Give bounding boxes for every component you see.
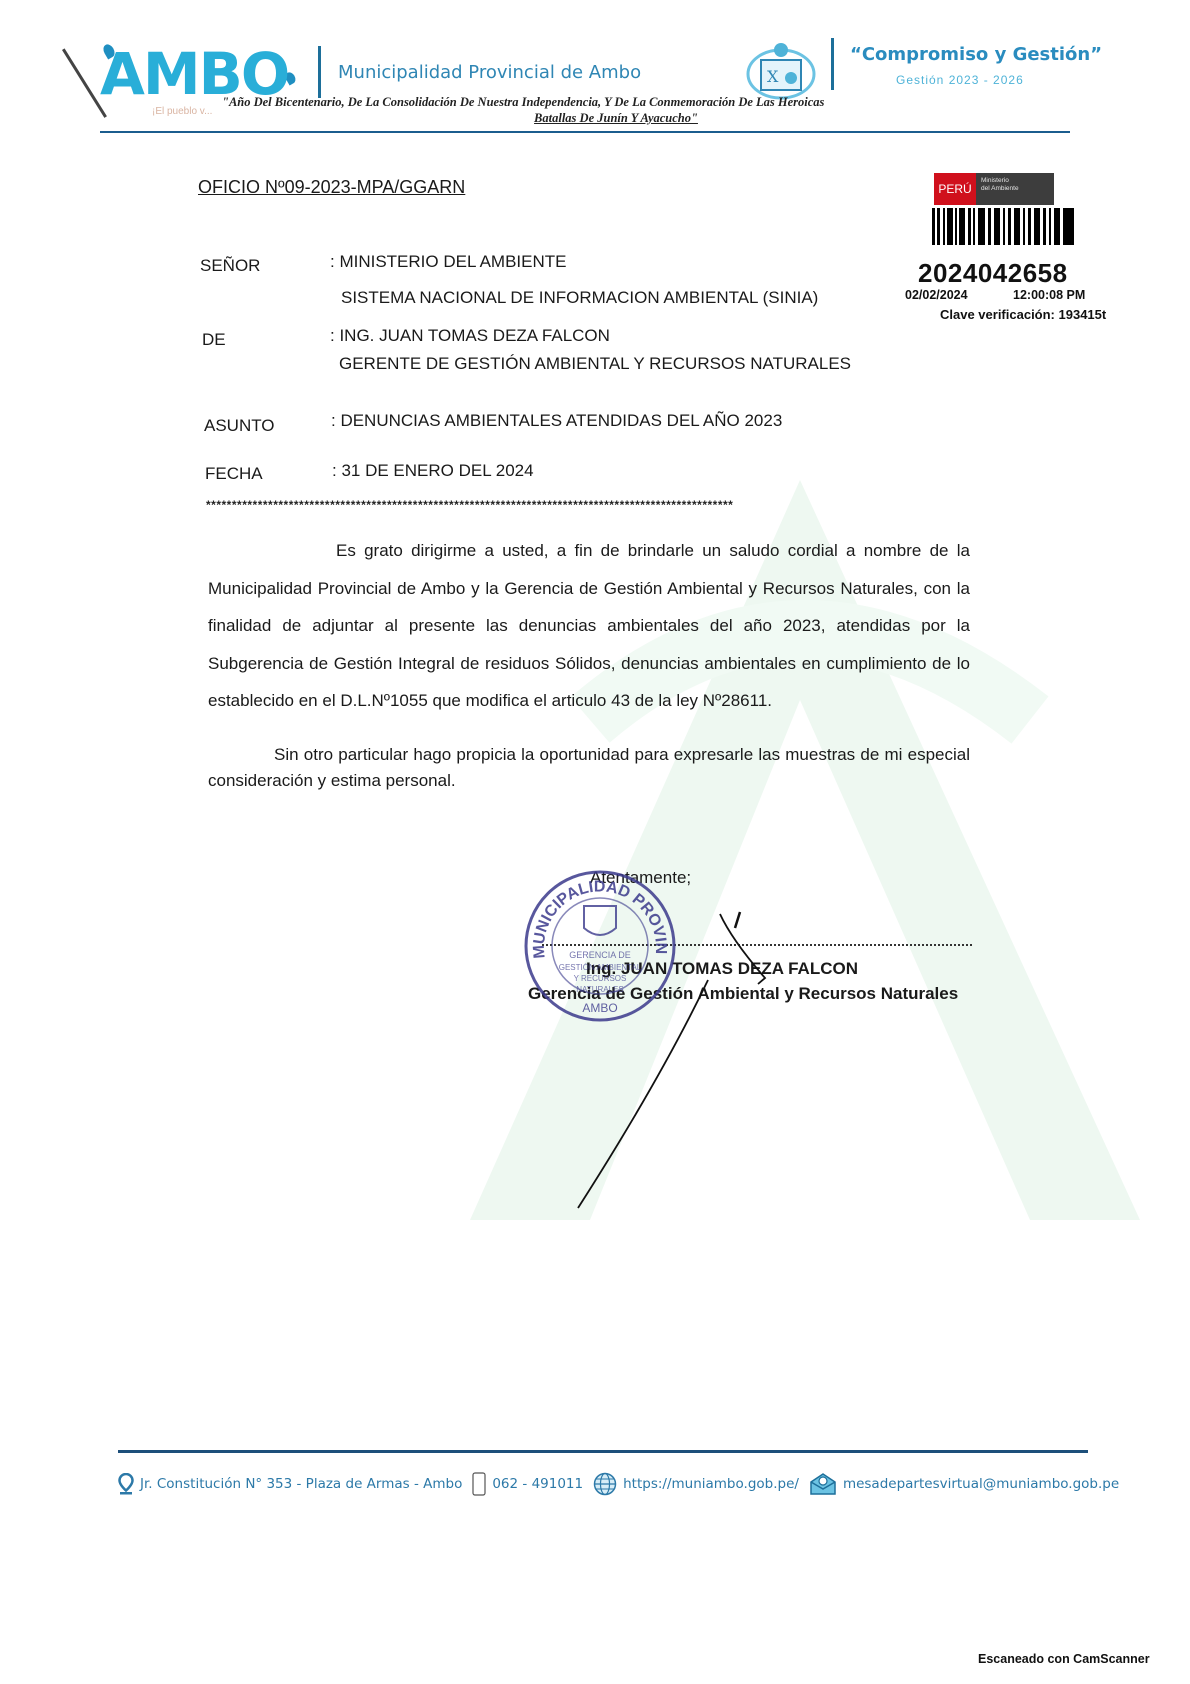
phone-icon xyxy=(472,1472,486,1496)
separator: ****************************************… xyxy=(206,498,962,512)
document-title: OFICIO Nº09-2023-MPA/GGARN xyxy=(198,177,465,198)
year-motto: "Año Del Bicentenario, De La Consolidaci… xyxy=(212,94,972,126)
registry-time: 12:00:08 PM xyxy=(1013,288,1085,302)
registry-number: 2024042658 xyxy=(918,258,1068,289)
mail-icon xyxy=(809,1472,837,1496)
body-paragraph-1: Es grato dirigirme a usted, a fin de bri… xyxy=(208,532,970,720)
email-link[interactable]: mesadepartesvirtual@muniambo.gob.pe xyxy=(843,1476,1119,1492)
ministry-badge: PERÚ Ministerio del Ambiente xyxy=(934,173,1054,205)
peru-label: PERÚ xyxy=(934,173,976,205)
website-link[interactable]: https://muniambo.gob.pe/ xyxy=(623,1476,799,1492)
footer-rule xyxy=(118,1450,1088,1453)
ministry-label: Ministerio del Ambiente xyxy=(976,173,1054,205)
senor-value-2: SISTEMA NACIONAL DE INFORMACION AMBIENTA… xyxy=(341,288,818,308)
body-paragraph-2: Sin otro particular hago propicia la opo… xyxy=(208,742,970,794)
year-motto-line1: "Año Del Bicentenario, De La Consolidaci… xyxy=(222,94,972,110)
header-divider xyxy=(831,38,834,90)
ministry-line2: del Ambiente xyxy=(981,185,1054,193)
de-value-2: GERENTE DE GESTIÓN AMBIENTAL Y RECURSOS … xyxy=(339,354,851,374)
footer-website[interactable]: https://muniambo.gob.pe/ xyxy=(593,1472,799,1496)
footer-email[interactable]: mesadepartesvirtual@muniambo.gob.pe xyxy=(809,1472,1119,1496)
year-motto-line2: Batallas De Junín Y Ayacucho" xyxy=(260,110,972,126)
logo-ambo: AMBO xyxy=(100,40,288,108)
svg-text:X: X xyxy=(767,67,779,86)
de-label: DE xyxy=(202,330,226,350)
scanner-watermark: Escaneado con CamScanner xyxy=(978,1652,1150,1666)
asunto-label: ASUNTO xyxy=(204,416,275,436)
globe-icon xyxy=(593,1472,617,1496)
municipality-name: Municipalidad Provincial de Ambo xyxy=(338,62,641,83)
registry-date: 02/02/2024 xyxy=(905,288,968,302)
asunto-value: : DENUNCIAS AMBIENTALES ATENDIDAS DEL AÑ… xyxy=(331,411,782,431)
ministry-line1: Ministerio xyxy=(981,177,1054,185)
fecha-label: FECHA xyxy=(205,464,263,484)
verification-code: Clave verificación: 193415t xyxy=(940,307,1106,322)
senor-value: : MINISTERIO DEL AMBIENTE xyxy=(330,252,566,272)
gestion-period: Gestión 2023 - 2026 xyxy=(896,73,1024,87)
location-pin-icon xyxy=(118,1473,134,1495)
footer-phone: 062 - 491011 xyxy=(472,1472,583,1496)
header-divider xyxy=(318,46,321,98)
header-rule xyxy=(100,131,1070,133)
handwritten-signature xyxy=(560,900,800,1220)
address-text: Jr. Constitución N° 353 - Plaza de Armas… xyxy=(140,1476,462,1492)
footer-address: Jr. Constitución N° 353 - Plaza de Armas… xyxy=(118,1473,462,1495)
logo-tagline: ¡El pueblo v... xyxy=(152,106,212,117)
barcode-icon xyxy=(932,208,1074,245)
motto: “Compromiso y Gestión” xyxy=(850,44,1102,65)
de-value: : ING. JUAN TOMAS DEZA FALCON xyxy=(330,326,610,346)
phone-text: 062 - 491011 xyxy=(492,1476,583,1492)
crest-icon: X xyxy=(745,40,817,102)
fecha-value: : 31 DE ENERO DEL 2024 xyxy=(332,461,534,481)
senor-label: SEÑOR xyxy=(200,256,260,276)
footer: Jr. Constitución N° 353 - Plaza de Armas… xyxy=(118,1472,1129,1496)
